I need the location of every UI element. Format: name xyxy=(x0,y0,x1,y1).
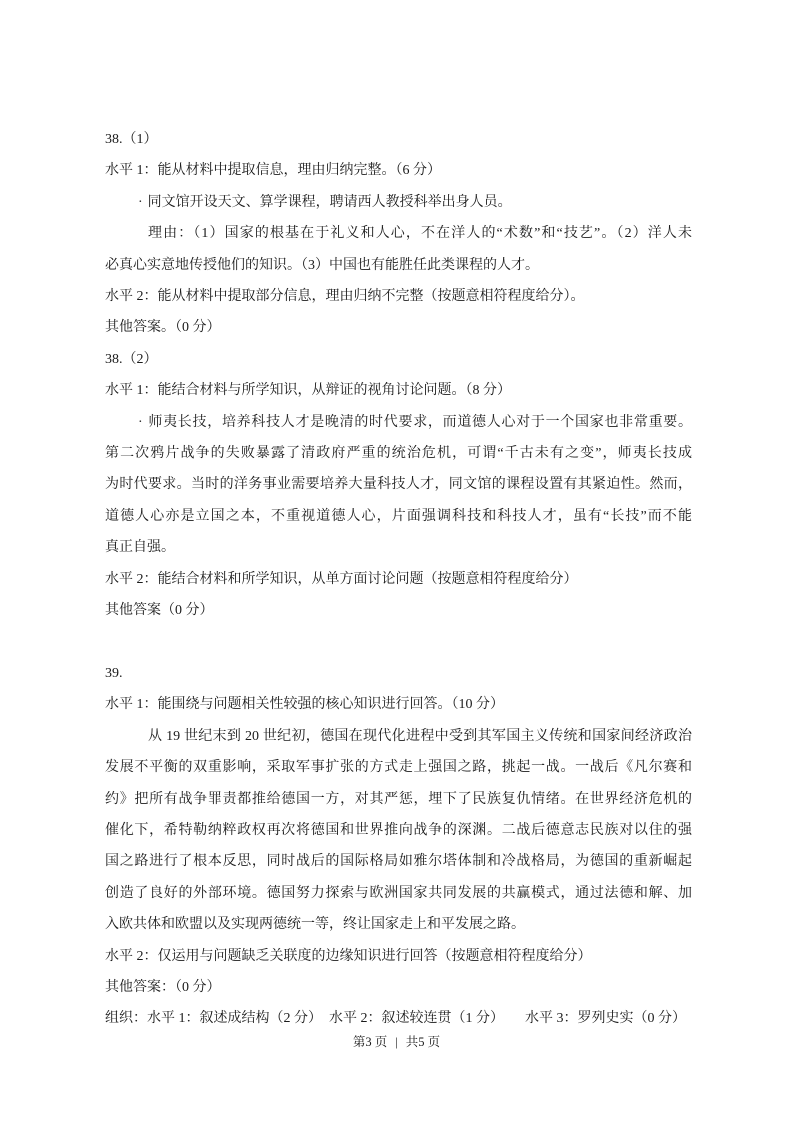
q38-2-body-line-2: 为时代要求。当时的洋务事业需要培养大量科技人才，同文馆的课程设置有其紧迫性。然而… xyxy=(105,469,692,500)
q38-2-body-line-1: 第二次鸦片战争的失败暴露了清政府严重的统治危机，可谓“千古未有之变”，师夷长技成 xyxy=(105,438,692,469)
q38-2-number: 38.（2） xyxy=(105,344,692,375)
q38-1-bullet-item: ·同文馆开设天文、算学课程，聘请西人教授科举出身人员。 xyxy=(105,187,692,218)
q38-2-body-line-3: 道德人心亦是立国之本，不重视道德人心，片面强调科技和科技人才，虽有“长技”而不能 xyxy=(105,501,692,532)
bullet-dot-icon: · xyxy=(138,415,143,430)
q38-1-level1: 水平 1：能从材料中提取信息，理由归纳完整。（6 分） xyxy=(105,155,692,186)
q38-2-bullet-text: 师夷长技，培养科技人才是晚清的时代要求，而道德人心对于一个国家也非常重要。 xyxy=(148,415,692,430)
q38-2-other-answer: 其他答案（0 分） xyxy=(105,595,692,626)
q38-1-level2: 水平 2：能从材料中提取部分信息，理由归纳不完整（按题意相符程度给分）。 xyxy=(105,281,692,312)
q38-1-other-answer: 其他答案。（0 分） xyxy=(105,312,692,343)
footer-page-number: 第3 页 xyxy=(353,1035,387,1049)
answer-key-content: 38.（1） 水平 1：能从材料中提取信息，理由归纳完整。（6 分） ·同文馆开… xyxy=(105,124,692,1035)
page-footer: 第3 页|共5 页 xyxy=(0,1032,793,1052)
q39-body-line-5: 国之路进行了根本反思，同时战后的国际格局如雅尔塔体制和冷战格局，为德国的重新崛起 xyxy=(105,846,692,877)
section-gap xyxy=(105,627,692,658)
q39-organization-scoring: 组织：水平 1：叙述成结构（2 分） 水平 2：叙述较连贯（1 分） 水平 3：… xyxy=(105,1003,692,1034)
q39-body-line-7: 入欧共体和欧盟以及实现两德统一等，终让国家走上和平发展之路。 xyxy=(105,909,692,940)
q39-body-line-3: 约》把所有战争罪责都推给德国一方，对其严惩，埋下了民族复仇情绪。在世界经济危机的 xyxy=(105,784,692,815)
q38-2-body-line-4: 真正自强。 xyxy=(105,532,692,563)
q38-1-reason-line-2: 必真心实意地传授他们的知识。（3）中国也有能胜任此类课程的人才。 xyxy=(105,250,692,281)
document-page: 38.（1） 水平 1：能从材料中提取信息，理由归纳完整。（6 分） ·同文馆开… xyxy=(0,0,793,1122)
q39-other-answer: 其他答案：（0 分） xyxy=(105,972,692,1003)
q39-level2: 水平 2：仅运用与问题缺乏关联度的边缘知识进行回答（按题意相符程度给分） xyxy=(105,941,692,972)
q38-1-number: 38.（1） xyxy=(105,124,692,155)
q38-2-level2: 水平 2：能结合材料和所学知识，从单方面讨论问题（按题意相符程度给分） xyxy=(105,564,692,595)
q38-1-bullet-text: 同文馆开设天文、算学课程，聘请西人教授科举出身人员。 xyxy=(148,195,512,210)
q39-body-line-4: 催化下，希特勒纳粹政权再次将德国和世界推向战争的深渊。二战后德意志民族对以住的强 xyxy=(105,815,692,846)
bullet-dot-icon: · xyxy=(138,195,143,210)
q39-number: 39. xyxy=(105,658,692,689)
q39-body-line-2: 发展不平衡的双重影响，采取军事扩张的方式走上强国之路，挑起一战。一战后《凡尔赛和 xyxy=(105,752,692,783)
footer-total-pages: 共5 页 xyxy=(406,1035,440,1049)
footer-divider: | xyxy=(395,1035,398,1049)
q38-2-bullet-item: ·师夷长技，培养科技人才是晚清的时代要求，而道德人心对于一个国家也非常重要。 xyxy=(105,407,692,438)
q38-2-level1: 水平 1：能结合材料与所学知识，从辩证的视角讨论问题。（8 分） xyxy=(105,375,692,406)
q39-level1: 水平 1：能围绕与问题相关性较强的核心知识进行回答。（10 分） xyxy=(105,689,692,720)
q39-body-line-6: 创造了良好的外部环境。德国努力探索与欧洲国家共同发展的共赢模式，通过法德和解、加 xyxy=(105,878,692,909)
q39-body-line-1: 从 19 世纪末到 20 世纪初，德国在现代化进程中受到其军国主义传统和国家间经… xyxy=(105,721,692,752)
q38-1-reason-line-1: 理由：（1）国家的根基在于礼义和人心，不在洋人的“术数”和“技艺”。（2）洋人未 xyxy=(105,218,692,249)
